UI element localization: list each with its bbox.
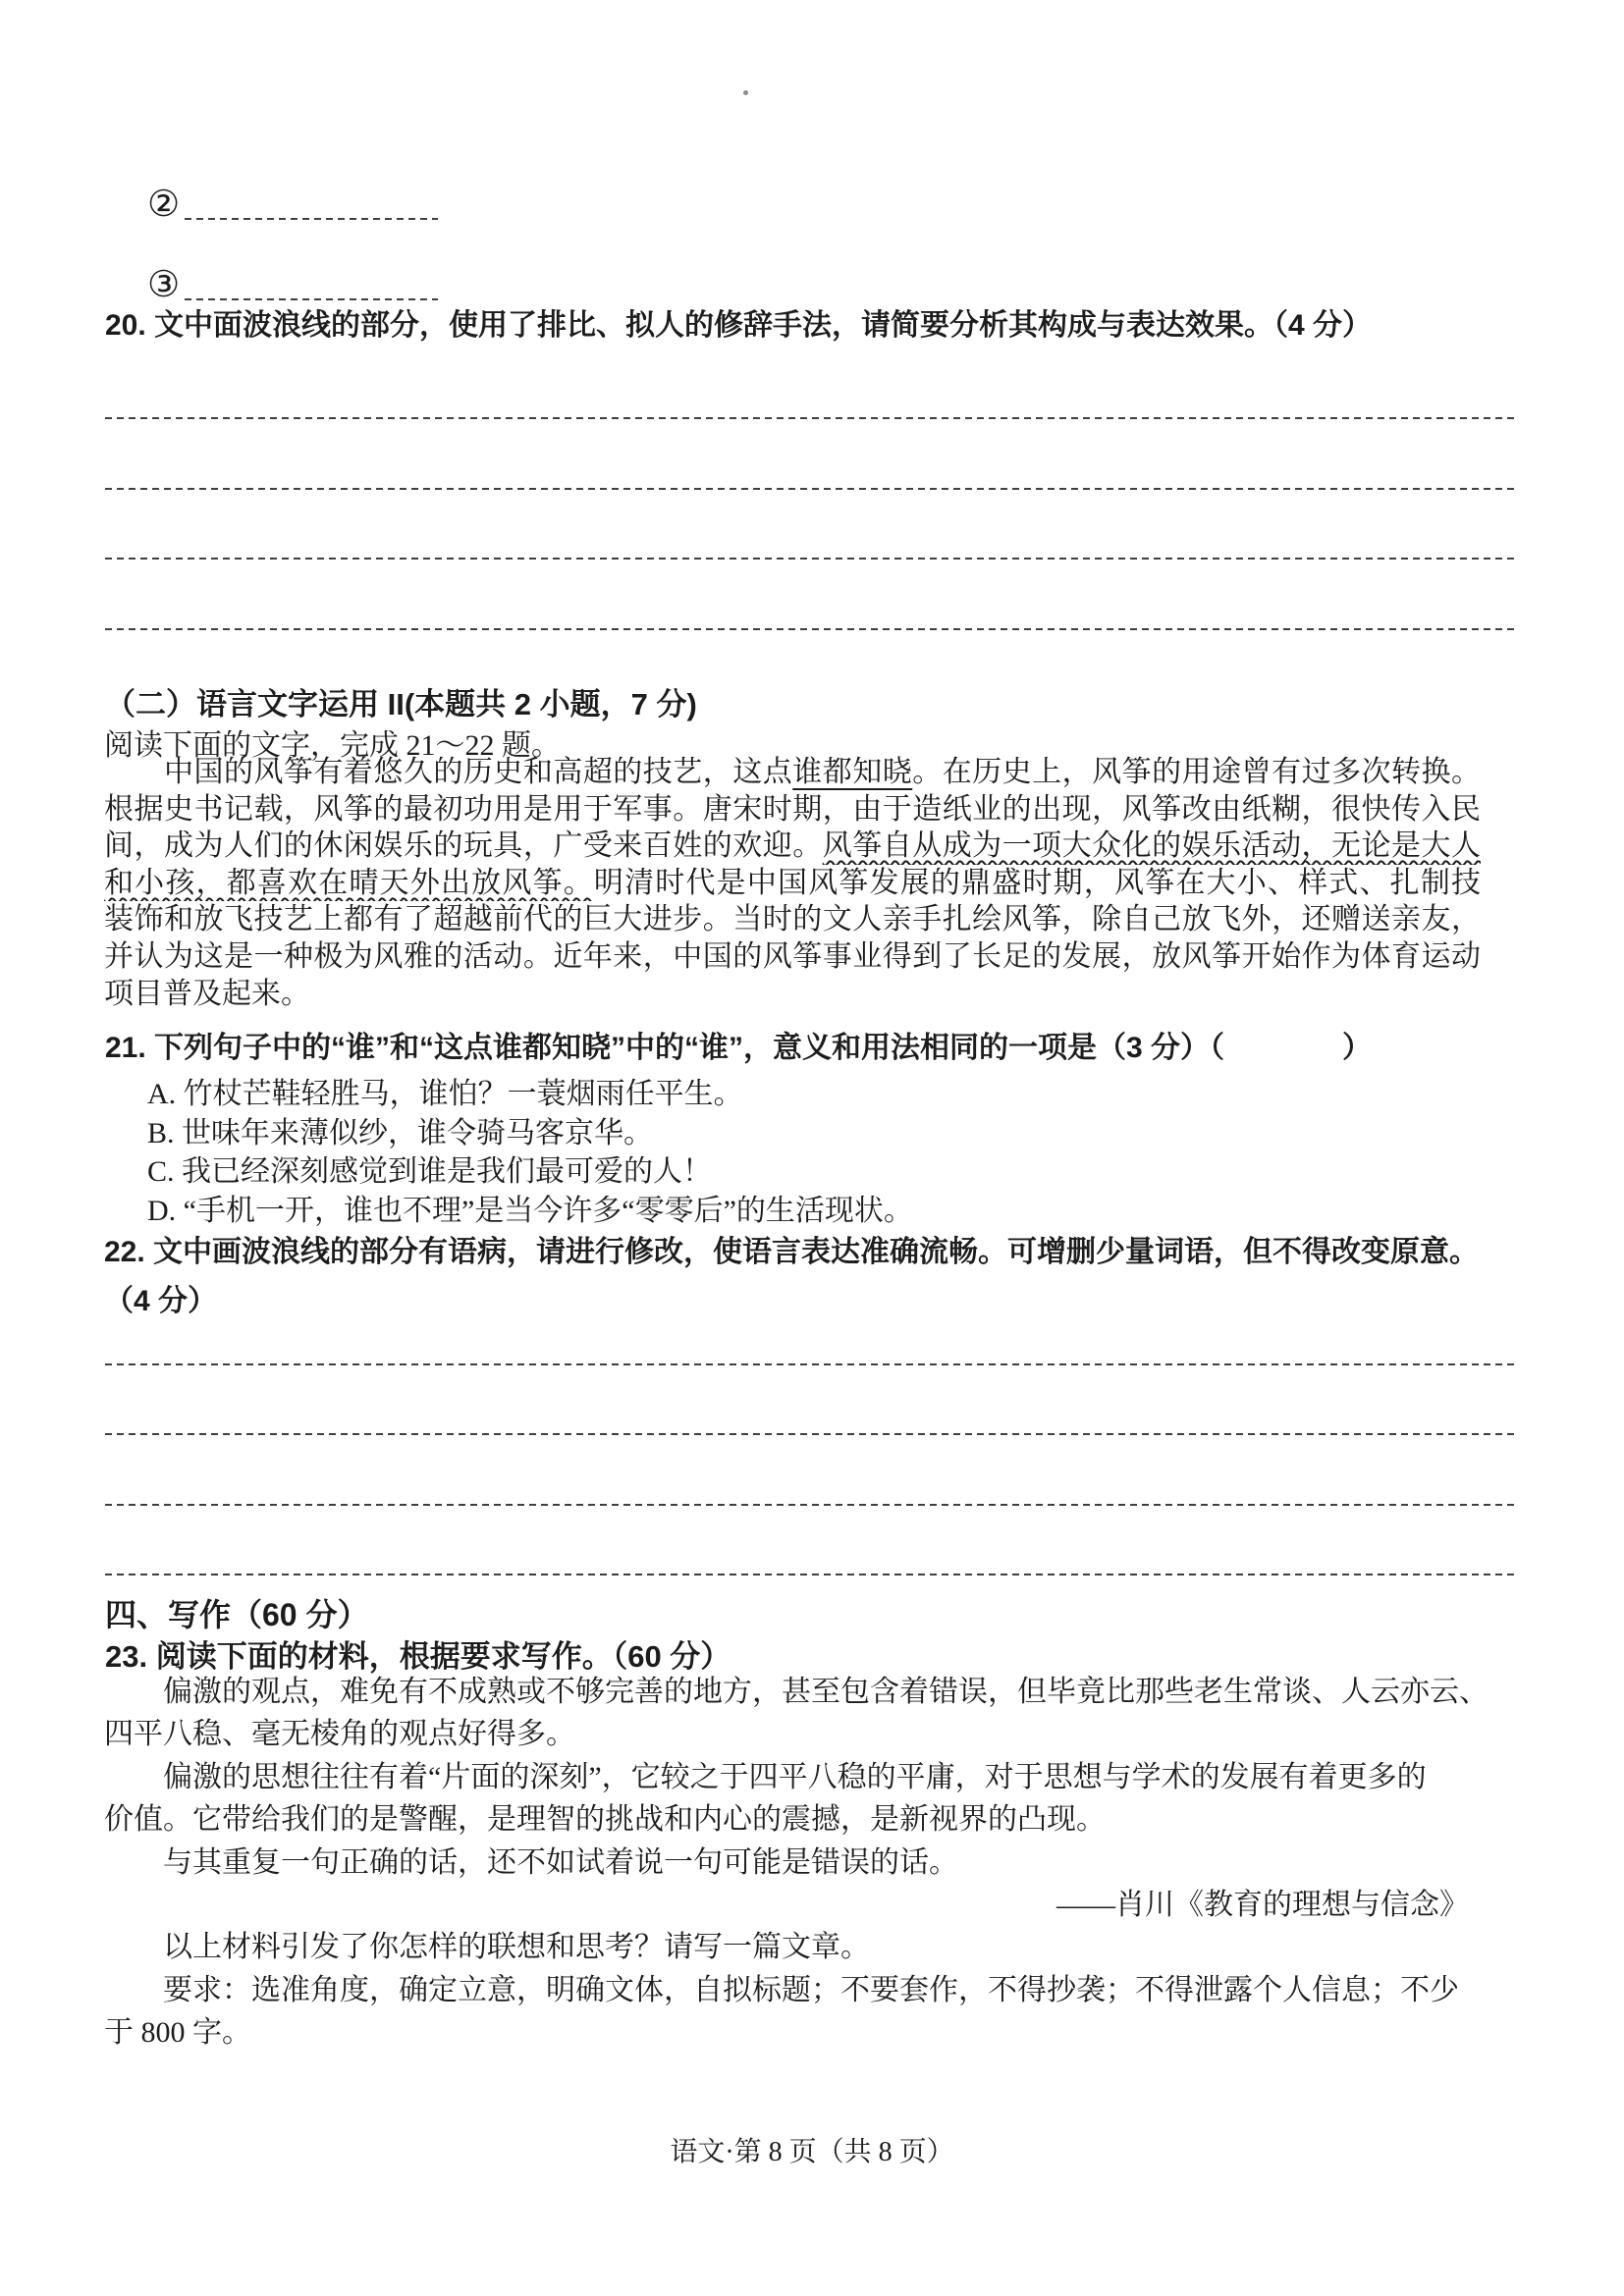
passage-text: 中国的风筝有着悠久的历史和高超的技艺，这点 xyxy=(104,756,792,788)
underlined-phrase: 谁都知晓 xyxy=(792,756,912,788)
q22-answer-line-3 xyxy=(105,1504,1519,1506)
q23-requirements-line-1: 要求：选准角度，确定立意，明确文体，自拟标题；不要套作，不得抄袭；不得泄露个人信… xyxy=(104,1969,1498,2011)
question-21: 21. 下列句子中的“谁”和“这点谁都知晓”中的“谁”，意义和用法相同的一项是（… xyxy=(105,1029,1558,1068)
passage-line-4: 和小孩，都喜欢在晴天外出放风筝。明清时代是中国风筝发展的鼎盛时期，风筝在大小、样… xyxy=(104,865,1481,902)
q23-material: 偏激的观点，难免有不成熟或不够完善的地方，甚至包含着错误，但毕竟比那些老生常谈、… xyxy=(104,1671,1498,2055)
material-line-1: 偏激的观点，难免有不成熟或不够完善的地方，甚至包含着错误，但毕竟比那些老生常谈、… xyxy=(104,1671,1498,1713)
blank-2-label: ② xyxy=(147,187,180,223)
passage-line-1: 中国的风筝有着悠久的历史和高超的技艺，这点谁都知晓。在历史上，风筝的用途曾有过多… xyxy=(104,754,1481,791)
section-2-heading: （二）语言文字运用 II(本题共 2 小题，7 分) xyxy=(105,679,697,723)
passage: 中国的风筝有着悠久的历史和高超的技艺，这点谁都知晓。在历史上，风筝的用途曾有过多… xyxy=(104,754,1481,1012)
q21-option-c: C. 我已经深刻感觉到谁是我们最可爱的人！ xyxy=(147,1153,712,1191)
question-22-score: （4 分） xyxy=(104,1282,217,1321)
wavy-underlined-text: 风筝自从成为一项大众化的娱乐活动，无论是大人 xyxy=(823,829,1481,862)
question-23: 23. 阅读下面的材料，根据要求写作。（60 分） xyxy=(105,1631,731,1676)
passage-line-6: 并认为这是一种极为风雅的活动。近年来，中国的风筝事业得到了长足的发展，放风筝开始… xyxy=(104,938,1481,976)
material-line-3: 偏激的思想往往有着“片面的深刻”，它较之于四平八稳的平庸，对于思想与学术的发展有… xyxy=(104,1756,1498,1798)
blank-3-answer-line xyxy=(185,298,438,300)
passage-line-3: 间，成为人们的休闲娱乐的玩具，广受来百姓的欢迎。风筝自从成为一项大众化的娱乐活动… xyxy=(104,828,1481,865)
section-4-heading: 四、写作（60 分） xyxy=(105,1590,369,1635)
q21-option-a: A. 竹杖芒鞋轻胜马，谁怕？一蓑烟雨任平生。 xyxy=(147,1076,743,1113)
passage-text: 根据史书记载，风筝的最初功用是用于军事。唐宋时期，由于造纸业的出现，风筝改由纸糊… xyxy=(104,793,1481,826)
passage-text: 。在历史上，风筝的用途曾有过多次转换。 xyxy=(912,756,1481,788)
blank-item-2: ② xyxy=(147,187,438,223)
blank-item-3: ③ xyxy=(147,267,438,303)
wavy-underlined-text: 和小孩，都喜欢在晴天外出放风筝。 xyxy=(104,867,594,899)
scan-artifact-dot xyxy=(743,90,748,95)
blank-2-answer-line xyxy=(185,218,438,220)
passage-text: 并认为这是一种极为风雅的活动。近年来，中国的风筝事业得到了长足的发展，放风筝开始… xyxy=(104,940,1481,973)
question-22: 22. 文中画波浪线的部分有语病，请进行修改，使语言表达准确流畅。可增删少量词语… xyxy=(104,1233,1538,1272)
material-line-5: 与其重复一句正确的话，还不如试着说一句可能是错误的话。 xyxy=(104,1842,1498,1884)
q20-answer-line-3 xyxy=(105,558,1519,560)
q23-prompt: 以上材料引发了你怎样的联想和思考？请写一篇文章。 xyxy=(104,1926,1498,1968)
passage-text: 装饰和放飞技艺上都有了超越前代的巨大进步。当时的文人亲手扎绘风筝，除自己放飞外，… xyxy=(104,903,1481,935)
passage-text: 间，成为人们的休闲娱乐的玩具，广受来百姓的欢迎。 xyxy=(104,829,823,862)
exam-page: ② ③ 20. 文中面波浪线的部分，使用了排比、拟人的修辞手法，请简要分析其构成… xyxy=(0,0,1624,2296)
q20-answer-line-1 xyxy=(105,417,1519,419)
q21-option-b: B. 世味年来薄似纱，谁令骑马客京华。 xyxy=(147,1115,653,1152)
q20-answer-line-2 xyxy=(105,488,1519,490)
q23-requirements-line-2: 于 800 字。 xyxy=(104,2011,1498,2054)
q21-option-d: D. “手机一开，谁也不理”是当今许多“零零后”的生活现状。 xyxy=(147,1193,913,1230)
passage-line-2: 根据史书记载，风筝的最初功用是用于军事。唐宋时期，由于造纸业的出现，风筝改由纸糊… xyxy=(104,791,1481,828)
q22-answer-line-1 xyxy=(105,1363,1519,1365)
material-line-4: 价值。它带给我们的是警醒，是理智的挑战和内心的震撼，是新视界的凸现。 xyxy=(104,1798,1498,1841)
question-20: 20. 文中面波浪线的部分，使用了排比、拟人的修辞手法，请简要分析其构成与表达效… xyxy=(105,306,1519,346)
passage-line-5: 装饰和放飞技艺上都有了超越前代的巨大进步。当时的文人亲手扎绘风筝，除自己放飞外，… xyxy=(104,901,1481,938)
blank-3-label: ③ xyxy=(147,267,180,303)
q20-answer-line-4 xyxy=(105,628,1519,630)
passage-text: 项目普及起来。 xyxy=(104,978,310,1010)
page-footer: 语文·第 8 页（共 8 页） xyxy=(0,2130,1624,2169)
material-line-2: 四平八稳、毫无棱角的观点好得多。 xyxy=(104,1713,1498,1755)
q22-answer-line-4 xyxy=(105,1574,1519,1575)
material-attribution: ——肖川《教育的理想与信念》 xyxy=(104,1884,1498,1926)
passage-line-7: 项目普及起来。 xyxy=(104,976,1481,1013)
q22-answer-line-2 xyxy=(105,1433,1519,1435)
